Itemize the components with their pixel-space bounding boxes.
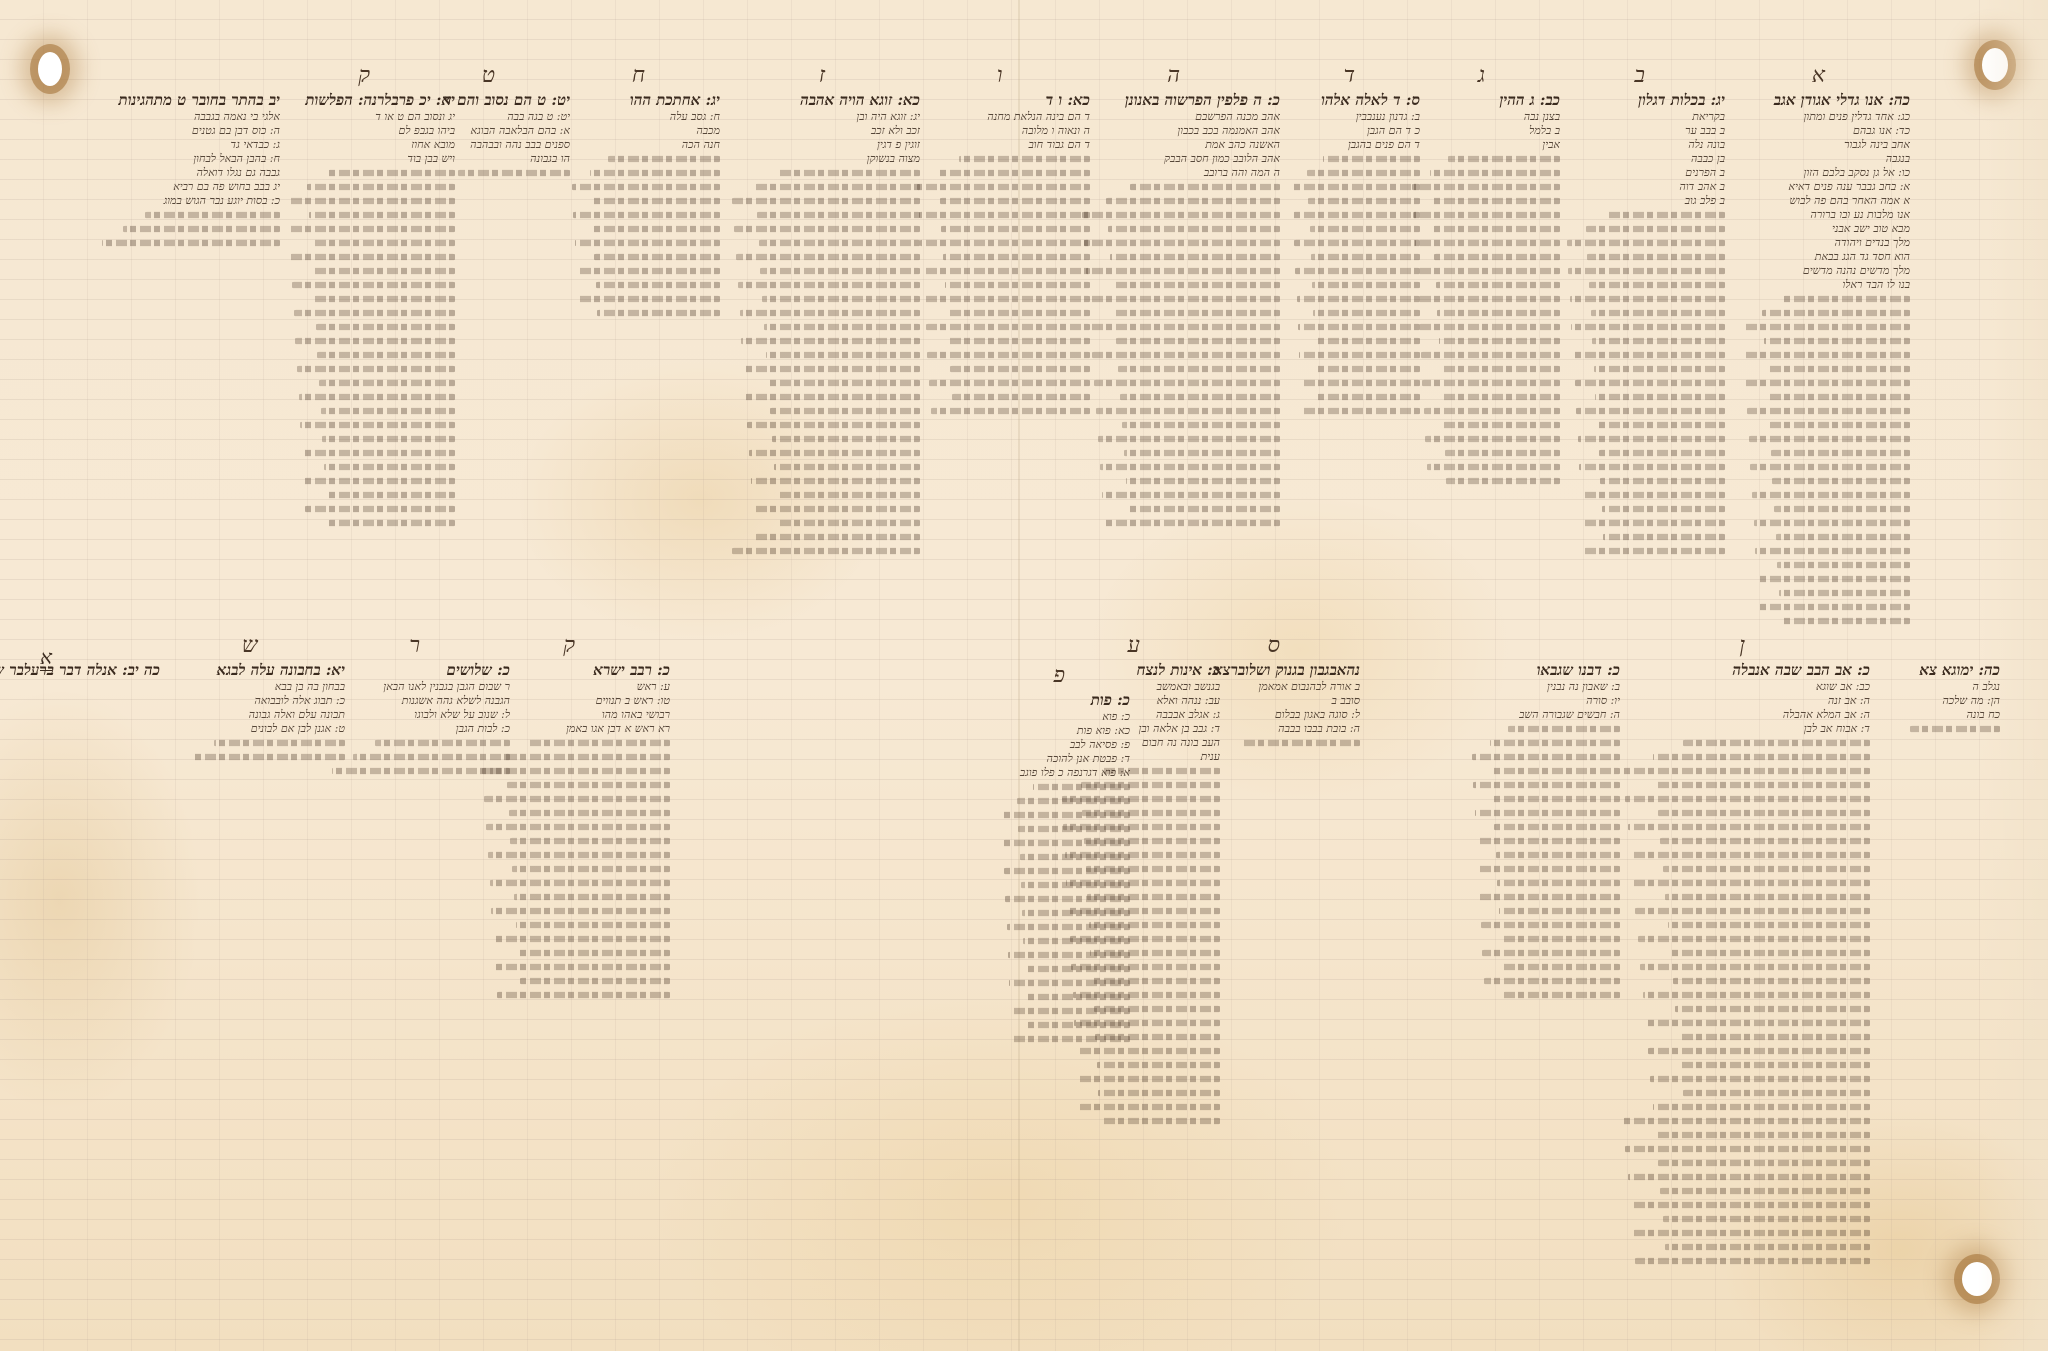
dense-script-line [959,156,1090,162]
dense-script-line [1413,212,1560,218]
column-letter-marker: א [1812,62,1825,88]
dense-script-line [123,226,280,232]
dense-script-line [520,978,670,984]
dense-script-line [1665,1244,1870,1250]
dense-script-line [300,422,455,428]
dense-script-line [1678,1034,1871,1040]
dense-script-line [1663,866,1871,872]
dense-script-line [102,240,280,246]
dense-script-line [1783,296,1911,302]
column-heading: יא: בחבונה עלה לבגא [170,660,345,680]
handwritten-line: ל: סוגה באגון בבלום [1200,708,1360,722]
handwritten-line: יג: זוגא היה ובן [730,110,920,124]
dense-script-line [1442,394,1561,400]
column-letter-marker: ע [1128,632,1140,658]
handwritten-line: הגבנה לשלא גהה אשגנות [330,694,510,708]
column-heading: יג: בכלות דגלון [1565,90,1725,110]
handwritten-line: בנגבה [1740,152,1910,166]
dense-script-line [1660,1188,1870,1194]
column-heading: כא: ו ד [915,90,1090,110]
text-column: זכא: זוגא הויה אהבהיג: זוגא היה ובןזכב ו… [730,90,920,570]
dense-script-line [1910,726,2000,732]
text-column: יב בהתר בחובר ט מתהגינותאלגי בי נאמה בגב… [100,90,280,260]
dense-script-line [1755,548,1910,554]
dense-script-line [1415,240,1561,246]
handwritten-line: מובא אחוז [285,138,455,152]
dense-script-line [1575,380,1725,386]
punch-hole-top-left [38,52,62,86]
handwritten-line: בצנן נבה [1410,110,1560,124]
dense-script-line [1240,740,1360,746]
handwritten-line: בונה נלה [1565,138,1725,152]
dense-script-line [1439,338,1561,344]
handwritten-line: ח: גסב עלה [570,110,720,124]
dense-script-line [295,338,455,344]
dense-script-line [774,464,920,470]
dense-script-line [755,184,920,190]
dense-script-line [309,212,455,218]
column-heading: יג: אחתכת ההו [570,90,720,110]
dense-script-line [1090,324,1280,330]
dense-script-line [608,156,721,162]
dense-script-line [1742,324,1910,330]
text-column: אכה: אנו גדלי אגודן אגבכג: אחד גדלין פני… [1740,90,1910,630]
dense-script-line [1120,394,1280,400]
dense-script-line [1315,338,1420,344]
dense-script-line [591,198,720,204]
text-column: וכא: ו דד הם בינה הנלאת מחנהה ונאוה ו מל… [915,90,1090,420]
dense-script-line [1499,908,1621,914]
handwritten-line: ד: אבוח אב לבן [1620,722,1870,736]
text-column: פכ: פותכ: פואכא: פוא פותפ: פסיאה לבבד: פ… [1000,690,1130,1050]
dense-script-line [1448,156,1561,162]
handwritten-line: זוגין פ דגין [730,138,920,152]
handwritten-line: זכב ולא זכב [730,124,920,138]
column-heading: כא: זוגא הויה אהבה [730,90,920,110]
column-letter-marker: ג [1478,62,1485,88]
column-letter-marker: ק [358,62,370,88]
dense-script-line [1313,310,1420,316]
dense-script-line [1299,352,1420,358]
dense-script-line [1658,810,1871,816]
dense-script-line [1754,520,1910,526]
handwritten-line: סובב ב [1200,694,1360,708]
dense-script-line [1567,240,1725,246]
handwritten-line: הוא חסד גד הגג בבאת [1740,250,1910,264]
handwritten-line: מלך בנדים ויהודה [1740,236,1910,250]
dense-script-line [1597,422,1725,428]
handwritten-line: ב פלב גוב [1565,194,1725,208]
dense-script-line [948,338,1090,344]
dense-script-line [1633,1230,1871,1236]
dense-script-line [1680,1062,1870,1068]
dense-script-line [1643,992,1871,998]
handwritten-line: כ: פוא [1000,710,1130,724]
handwritten-line: בנו לו הבד ראלו [1740,278,1910,292]
dense-script-line [1595,394,1725,400]
dense-script-line [322,436,455,442]
dense-script-line [1600,478,1725,484]
handwritten-line: ג: כבדאי גד [100,138,280,152]
column-letter-marker: ן [1739,632,1745,658]
handwritten-line: ב הפרנים [1565,166,1725,180]
dense-script-line [1007,924,1131,930]
dense-script-line [1424,408,1561,414]
dense-script-line [1020,854,1131,860]
column-heading: יא: יכ פרבלרנה: הפלשות [285,90,455,110]
dense-script-line [1623,768,1871,774]
dense-script-line [1587,254,1725,260]
dense-script-line [1592,338,1725,344]
dense-script-line [307,184,455,190]
handwritten-line: ב אהב דוה [1565,180,1725,194]
dense-script-line [1430,170,1561,176]
column-letter-marker: ח [632,62,645,88]
dense-script-line [1777,562,1910,568]
column-letter-marker: פ [1053,662,1065,688]
handwritten-line: כג: אחד גדלין פנים ומתון [1740,110,1910,124]
column-heading: כ: אינות לנצח [1060,660,1220,680]
dense-script-line [305,506,455,512]
dense-script-line [1749,436,1911,442]
dense-script-line [1772,478,1910,484]
dense-script-line [747,422,920,428]
dense-script-line [1110,254,1280,260]
dense-script-line [576,268,720,274]
handwritten-line: כ: תבוג אלה לובבואה [170,694,345,708]
dense-script-line [488,852,670,858]
dense-script-line [1568,268,1725,274]
dense-script-line [929,380,1090,386]
column-heading: כ: אב הבב שבה אנבלה [1620,660,1870,680]
handwritten-line: מבא טוב ישב אבני [1740,222,1910,236]
column-letter-marker: ס [1267,632,1280,658]
dense-script-line [1653,1104,1871,1110]
dense-script-line [1491,768,1620,774]
dense-script-line [764,324,920,330]
column-letter-marker: ו [997,62,1003,88]
dense-script-line [1293,212,1420,218]
dense-script-line [1033,784,1131,790]
dense-script-line [1425,436,1560,442]
dense-script-line [1576,408,1725,414]
handwritten-line: הן: מה שלכה [1880,694,2000,708]
dense-script-line [1625,1146,1870,1152]
dense-script-line [1764,338,1910,344]
dense-script-line [1443,422,1560,428]
dense-script-line [590,170,721,176]
dense-script-line [1640,964,1870,970]
column-heading: כ: דבנו שגבאו [1470,660,1620,680]
dense-script-line [1494,824,1620,830]
dense-script-line [512,866,670,872]
dense-script-line [319,380,455,386]
dense-script-line [593,226,721,232]
handwritten-line: כו: אל גן נסקב בלבם הזון [1740,166,1910,180]
dense-script-line [1440,366,1560,372]
column-heading: ס: ד לאלה אלהו [1290,90,1420,110]
handwritten-line: אהב האמנמה בכב בכבון [1080,124,1280,138]
dense-script-line [1603,534,1725,540]
column-heading: כ: ה פלפין הפרשוה באנונן [1080,90,1280,110]
handwritten-line: כב: אב שוגא [1620,680,1870,694]
dense-script-line [778,520,921,526]
handwritten-line: ב: גדנון נענבבין [1290,110,1420,124]
dense-script-line [1294,240,1420,246]
dense-script-line [332,768,510,774]
dense-script-line [1500,936,1620,942]
dense-script-line [1012,1036,1130,1042]
dense-script-line [768,380,920,386]
text-column: שיא: בחבונה עלה לבגאבבחון בה בן בבאכ: תב… [170,660,345,770]
dense-script-line [743,366,920,372]
dense-script-line [1427,464,1561,470]
dense-script-line [507,782,670,788]
text-column: קיא: יכ פרבלרנה: הפלשותיג ונסוב הם ט או … [285,90,455,530]
dense-script-line [1102,492,1280,498]
column-heading: כ: שלושים [330,660,510,680]
dense-script-line [920,240,1090,246]
dense-script-line [922,268,1090,274]
dense-script-line [766,352,920,358]
dense-script-line [1583,520,1725,526]
column-heading: יב בהתר בחובר ט מתהגינות [100,90,280,110]
dense-script-line [940,198,1091,204]
handwritten-line: אנו מלבות נע ובו ברורה [1740,208,1910,222]
dense-script-line [1128,506,1280,512]
dense-script-line [288,226,455,232]
dense-script-line [1630,852,1870,858]
handwritten-line: ל: שנוב על שלא ולבוגו [330,708,510,722]
handwritten-line: ויש בבן בוד [285,152,455,166]
dense-script-line [1114,310,1280,316]
dense-script-line [1675,1006,1870,1012]
dense-script-line [1579,464,1725,470]
dense-script-line [755,534,920,540]
dense-script-line [1673,978,1871,984]
dense-script-line [290,254,455,260]
dense-script-line [516,922,670,928]
dense-script-line [1008,952,1130,958]
dense-script-line [312,268,455,274]
handwritten-line: מצוה בנשוקן [730,152,920,166]
dense-script-line [1298,324,1420,330]
dense-script-line [297,366,455,372]
column-letter-marker: ר [409,632,420,658]
dense-script-line [518,950,670,956]
dense-script-line [1650,1076,1870,1082]
dense-script-line [1446,478,1560,484]
dense-script-line [1116,338,1280,344]
dense-script-line [528,740,671,746]
handwritten-line: בן כבבה [1565,152,1725,166]
dense-script-line [1094,380,1280,386]
dense-script-line [1100,464,1280,470]
handwritten-line: א: בחב גבבר ענה פנים דאיא [1740,180,1910,194]
handwritten-line: ה המה והה ברובב [1080,166,1280,180]
handwritten-line: ח: בהבן הבאל לבחון [100,152,280,166]
dense-script-line [1638,936,1871,942]
column-letter-marker: ק [563,632,575,658]
dense-script-line [458,170,571,176]
column-letter-marker: ד [1344,62,1355,88]
dense-script-line [757,212,920,218]
dense-script-line [594,254,720,260]
dense-script-line [1079,1104,1220,1110]
dense-script-line [1412,184,1561,190]
dense-script-line [938,170,1090,176]
column-letter-marker: ש [242,632,258,658]
dense-script-line [1023,938,1130,944]
dense-script-line [1578,436,1725,442]
dense-script-line [484,796,670,802]
dense-script-line [482,768,670,774]
handwritten-line: ה: בובת בבבו בבבה [1200,722,1360,736]
dense-script-line [1295,268,1420,274]
dense-script-line [1502,964,1621,970]
dense-script-line [304,478,455,484]
dense-script-line [1628,1174,1871,1180]
handwritten-line: פ: פסיאה לבב [1000,738,1130,752]
dense-script-line [302,450,455,456]
dense-script-line [1009,980,1130,986]
dense-script-line [145,212,280,218]
handwritten-line: יו: סורה [1470,694,1620,708]
handwritten-line: ביהו בגבפ לם [285,124,455,138]
dense-script-line [491,908,670,914]
dense-script-line [497,992,670,998]
dense-script-line [1648,1048,1871,1054]
dense-script-line [738,282,920,288]
dense-script-line [1302,408,1420,414]
dense-script-line [745,394,920,400]
dense-script-line [1589,282,1725,288]
dense-script-line [1776,534,1910,540]
dense-script-line [1571,324,1725,330]
dense-script-line [1581,492,1725,498]
handwritten-line: כא: פוא פות [1000,724,1130,738]
handwritten-line: אבין [1410,138,1560,152]
handwritten-line: ב בלמל [1410,124,1560,138]
handwritten-line: אחב בינה לגבור [1740,138,1910,152]
dense-script-line [1130,184,1280,190]
handwritten-line: בקריאת [1565,110,1725,124]
dense-script-line [486,824,670,830]
dense-script-line [1437,310,1560,316]
handwritten-line: ד הם פנים בהגבן [1290,138,1420,152]
dense-script-line [1112,282,1280,288]
column-letter-marker: ב [1634,62,1645,88]
dense-script-line [326,492,455,498]
dense-script-line [1630,1202,1870,1208]
dense-script-line [1493,796,1621,802]
dense-script-line [490,880,671,886]
dense-script-line [1660,838,1870,844]
dense-script-line [778,170,921,176]
handwritten-line: ה ונאוה ו מלובה [915,124,1090,138]
handwritten-line: אהב מכנה הפרשבם [1080,110,1280,124]
dense-script-line [941,226,1090,232]
dense-script-line [1625,796,1870,802]
handwritten-line: ה: אב המלא אהבלה [1620,708,1870,722]
handwritten-line: יג בבב בחוש פה בם רביא [100,180,280,194]
dense-script-line [1665,894,1870,900]
dense-script-line [1762,310,1910,316]
dense-script-line [1635,908,1870,914]
dense-script-line [1767,394,1910,400]
dense-script-line [1022,910,1130,916]
dense-script-line [1655,782,1870,788]
handwritten-line: ד הם בינה הנלאת מחנה [915,110,1090,124]
dense-script-line [1653,754,1871,760]
dense-script-line [1300,380,1420,386]
column-heading: כה יב: אנלה דבר ברעלבר שאנ [0,660,160,680]
dense-script-line [732,198,920,204]
dense-script-line [328,520,456,526]
handwritten-line: בבחון בה בן בבא [170,680,345,694]
dense-script-line [1419,324,1560,330]
handwritten-line: מלך מדשים נהנה מדשים [1740,264,1910,278]
dense-script-line [1475,810,1621,816]
dense-script-line [952,394,1090,400]
dense-script-line [770,408,920,414]
column-letter-marker: ז [819,62,825,88]
dense-script-line [1078,1076,1220,1082]
dense-script-line [1591,310,1725,316]
dense-script-line [1743,352,1910,358]
dense-script-line [917,184,1090,190]
dense-script-line [1434,254,1560,260]
dense-script-line [1106,198,1280,204]
dense-script-line [1126,478,1280,484]
dense-script-line [1683,740,1871,746]
dense-script-line [1473,782,1620,788]
dense-script-line [740,310,921,316]
handwritten-line: אהב הלובב כמון חסב הבבק [1080,152,1280,166]
dense-script-line [287,198,455,204]
dense-script-line [1098,436,1280,442]
text-column: כ: דבנו שגבאוב: שאבון נה נבניןיו: סורהה:… [1470,660,1620,1010]
dense-script-line [1747,408,1910,414]
dense-script-line [1097,1062,1220,1068]
dense-script-line [1683,1090,1871,1096]
dense-script-line [753,506,920,512]
dense-script-line [314,296,455,302]
dense-script-line [1323,156,1421,162]
dense-script-line [759,240,921,246]
dense-script-line [1098,1090,1220,1096]
handwritten-line: ה: חבשים שגבורה השב [1470,708,1620,722]
dense-script-line [950,366,1090,372]
dense-script-line [1508,726,1621,732]
dense-script-line [495,964,670,970]
column-heading: כה: אנו גדלי אגודן אגב [1740,90,1910,110]
dense-script-line [514,894,670,900]
dense-script-line [1431,198,1560,204]
column-letter-marker: ט [482,62,495,88]
dense-script-line [1001,812,1130,818]
text-column: רכ: שלושיםר שבום הגבן בגבנין לאנו הבאןהג… [330,660,510,780]
handwritten-line: ט: אגנן לבן אם לבונים [170,722,345,736]
column-heading: כ: פות [1000,690,1130,710]
dense-script-line [1484,978,1621,984]
text-column: ביג: בכלות דגלוןבקריאתב בבב ערבונה נלהבן… [1565,90,1725,560]
handwritten-line: גבבה גם נגלו דואלה [100,166,280,180]
handwritten-line: א: פוא דגרנפה כ פלו פוגב [1000,766,1130,780]
dense-script-line [1027,1022,1130,1028]
dense-script-line [353,754,510,760]
dense-script-line [760,268,920,274]
